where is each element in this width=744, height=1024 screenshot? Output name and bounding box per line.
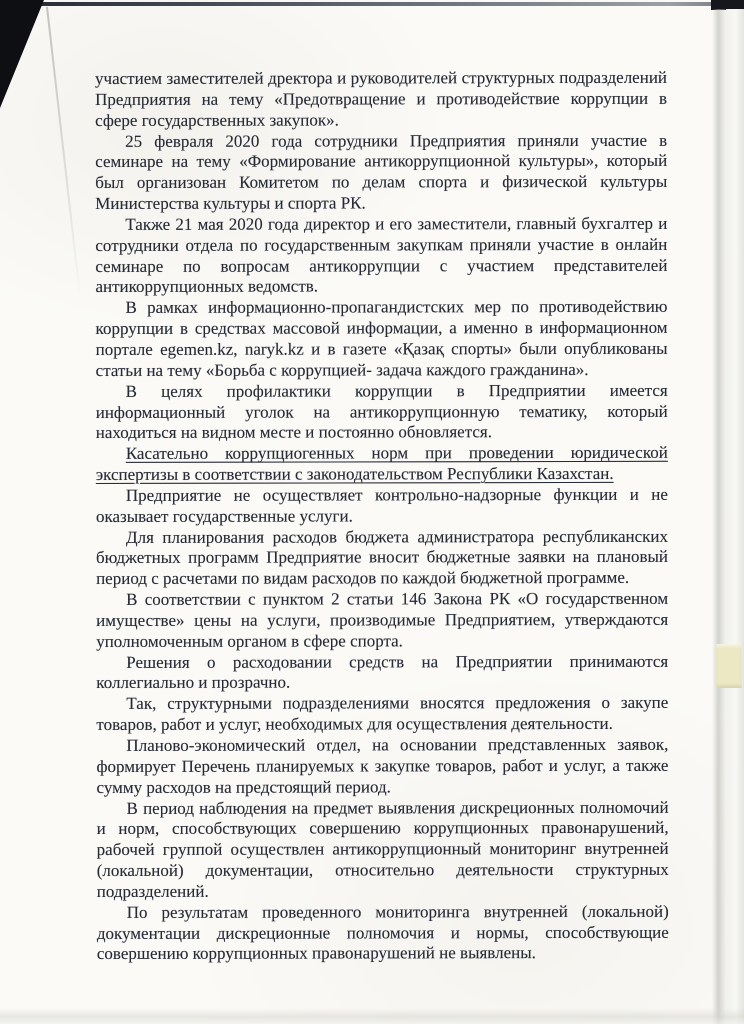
document-body: участием заместителей дректора и руковод…	[95, 68, 669, 965]
scanner-corner-black	[0, 0, 44, 108]
paragraph: В целях профилактики коррупции в Предпри…	[96, 380, 668, 444]
paragraph: Так, структурными подразделениями вносят…	[96, 693, 668, 736]
paragraph: В период наблюдения на предмет выявления…	[97, 797, 669, 902]
scan-margin-right	[726, 9, 744, 1024]
paragraph: 25 февраля 2020 года сотрудники Предприя…	[95, 130, 667, 215]
scan-page: участием заместителей дректора и руковод…	[0, 0, 744, 1024]
page-edge-right	[712, 9, 726, 1024]
paragraph: По результатам проведенного мониторинга …	[97, 902, 669, 966]
paragraph: В рамках информационно-пропагандистских …	[95, 297, 667, 382]
paragraph: Касательно коррупциогенных норм при пров…	[96, 443, 668, 486]
paragraph: В соответствии с пунктом 2 статьи 146 За…	[96, 589, 668, 653]
paragraph: Также 21 мая 2020 года директор и его за…	[95, 214, 667, 299]
sticky-tab	[716, 644, 742, 688]
scanner-edge-top	[0, 2, 744, 6]
paragraph: Для планирования расходов бюджета админи…	[96, 526, 668, 590]
paragraph: Предприятие не осуществляет контрольно-н…	[96, 485, 668, 528]
paragraph: участием заместителей дректора и руковод…	[95, 68, 667, 132]
paragraph: Решения о расходовании средств на Предпр…	[96, 651, 668, 694]
page-corner-crease	[46, 7, 81, 301]
paragraph: Планово-экономический отдел, на основани…	[96, 735, 668, 799]
bottom-scan-shadow	[0, 1008, 744, 1024]
